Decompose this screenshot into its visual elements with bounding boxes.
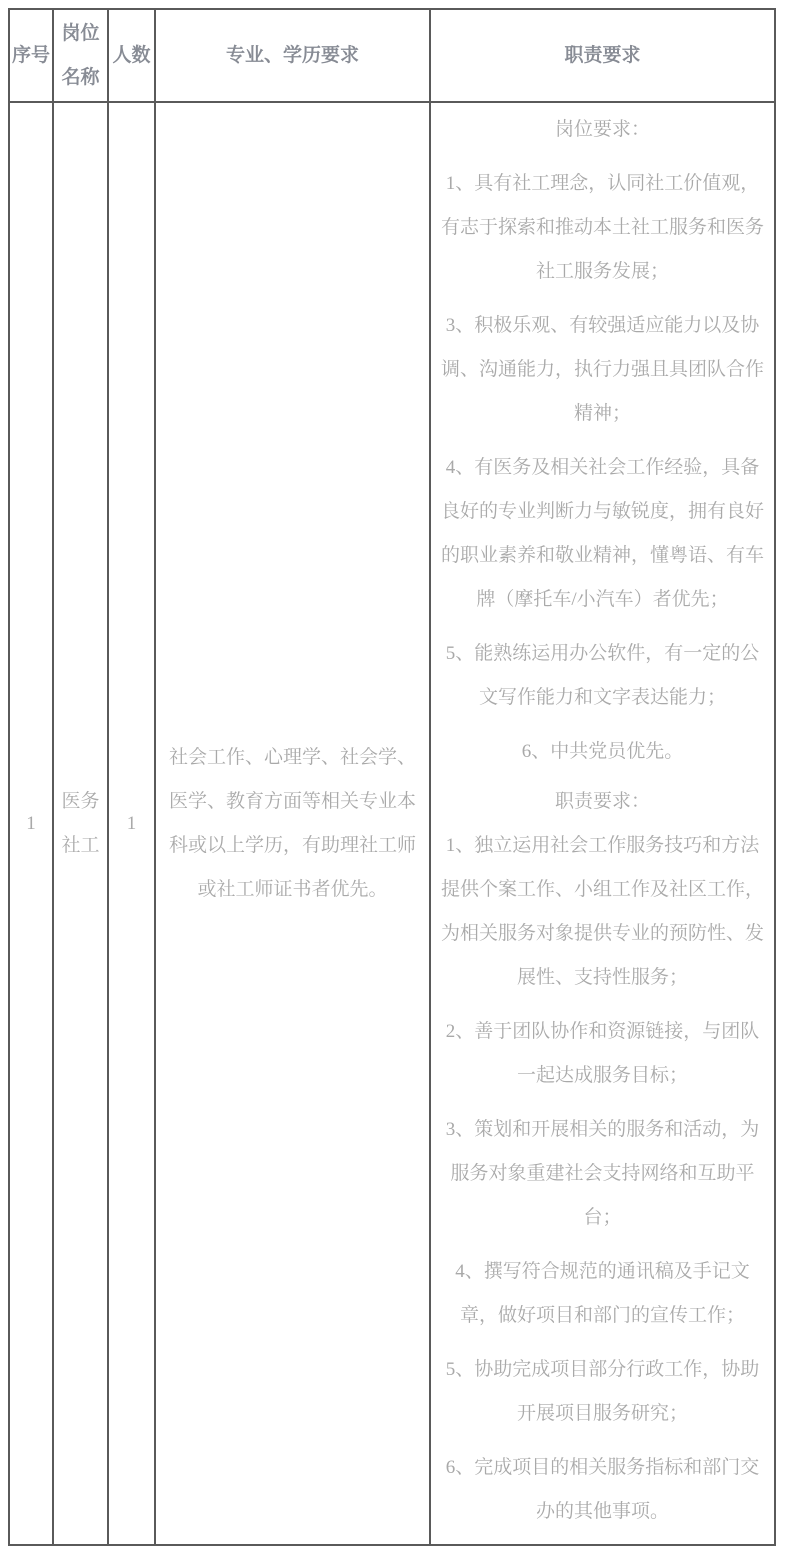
header-headcount: 人数 — [108, 9, 155, 102]
duty-paragraph: 6、中共党员优先。 — [439, 730, 766, 774]
duty-paragraph: 1、独立运用社会工作服务技巧和方法提供个案工作、小组工作及社区工作，为相关服务对… — [439, 824, 766, 1000]
table-row: 1 医务社工 1 社会工作、心理学、社会学、医学、教育方面等相关专业本科或以上学… — [9, 102, 775, 1545]
duty-paragraph: 3、策划和开展相关的服务和活动，为服务对象重建社会支持网络和互助平台； — [439, 1108, 766, 1240]
header-position-name: 岗位名称 — [53, 9, 108, 102]
header-index: 序号 — [9, 9, 53, 102]
cell-duty-requirements: 岗位要求： 1、具有社工理念，认同社工价值观，有志于探索和推动本土社工服务和医务… — [430, 102, 775, 1545]
duty-paragraph: 1、具有社工理念，认同社工价值观，有志于探索和推动本土社工服务和医务社工服务发展… — [439, 162, 766, 294]
duty-paragraph: 6、完成项目的相关服务指标和部门交办的其他事项。 — [439, 1446, 766, 1534]
duty-paragraph: 5、能熟练运用办公软件，有一定的公文写作能力和文字表达能力； — [439, 632, 766, 720]
cell-index: 1 — [9, 102, 53, 1545]
header-duty-requirements: 职责要求 — [430, 9, 775, 102]
header-education-requirements: 专业、学历要求 — [155, 9, 430, 102]
header-row: 序号 岗位名称 人数 专业、学历要求 职责要求 — [9, 9, 775, 102]
duty-paragraph: 5、协助完成项目部分行政工作，协助开展项目服务研究； — [439, 1348, 766, 1436]
duty-section-title: 岗位要求： — [439, 108, 766, 152]
job-posting-table: 序号 岗位名称 人数 专业、学历要求 职责要求 1 医务社工 1 社会工作、心理… — [8, 8, 776, 1546]
duty-paragraph: 4、有医务及相关社会工作经验，具备良好的专业判断力与敏锐度，拥有良好的职业素养和… — [439, 446, 766, 622]
duty-section-title: 职责要求： — [439, 780, 766, 824]
cell-position-name: 医务社工 — [53, 102, 108, 1545]
recruitment-table-page: 序号 岗位名称 人数 专业、学历要求 职责要求 1 医务社工 1 社会工作、心理… — [0, 0, 790, 1553]
cell-education-requirements: 社会工作、心理学、社会学、医学、教育方面等相关专业本科或以上学历，有助理社工师或… — [155, 102, 430, 1545]
cell-headcount: 1 — [108, 102, 155, 1545]
duty-paragraph: 3、积极乐观、有较强适应能力以及协调、沟通能力，执行力强且具团队合作精神； — [439, 304, 766, 436]
duty-paragraph: 4、撰写符合规范的通讯稿及手记文章，做好项目和部门的宣传工作； — [439, 1250, 766, 1338]
duty-paragraph: 2、善于团队协作和资源链接，与团队一起达成服务目标； — [439, 1010, 766, 1098]
